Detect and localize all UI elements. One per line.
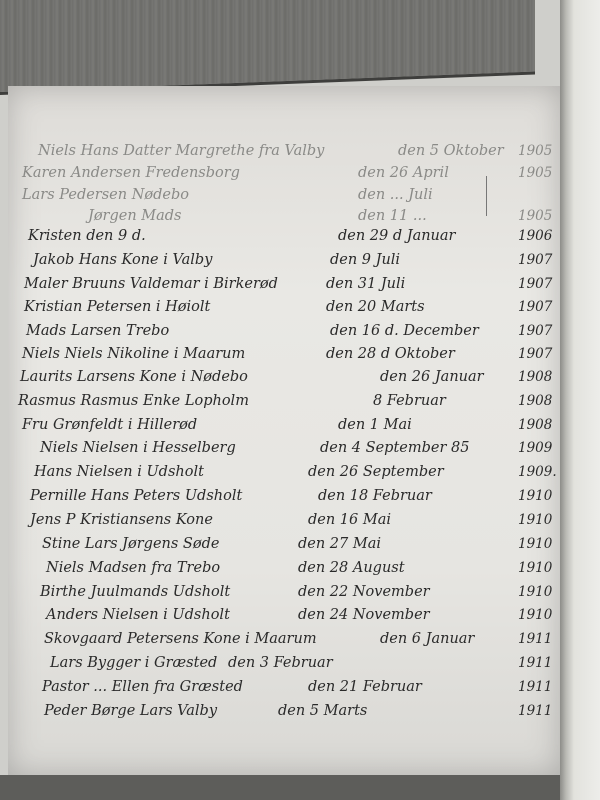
ledger-entry: Kristian Petersen i Høiolt den 20 Marts …: [8, 299, 560, 323]
entry-date: den 3 Februar: [228, 655, 333, 671]
entry-name: Stine Lars Jørgens Søde: [42, 536, 219, 552]
entry-year: 1910: [518, 560, 552, 576]
entry-year: 1907: [518, 276, 552, 292]
entry-year: 1907: [518, 252, 552, 268]
ledger-entry: Pernille Hans Peters Udsholt den 18 Febr…: [8, 488, 560, 512]
entry-name: Peder Børge Lars Valby: [44, 703, 217, 719]
entry-year: 1908: [518, 417, 552, 433]
entry-name: Niels Hans Datter Margrethe fra Valby: [38, 143, 324, 159]
entry-name: Kristian Petersen i Høiolt: [24, 299, 210, 315]
entry-date: den 26 Januar: [380, 369, 484, 385]
entry-date: den 5 Marts: [278, 703, 367, 719]
ledger-entry: Stine Lars Jørgens Søde den 27 Mai 1910: [8, 536, 560, 560]
entry-name: Laurits Larsens Kone i Nødebo: [20, 369, 248, 385]
entry-date: den 27 Mai: [298, 536, 381, 552]
photocopy-dark-top-margin: [0, 0, 535, 95]
entry-name: Lars Bygger i Græsted: [50, 655, 217, 671]
entry-name: Niels Niels Nikoline i Maarum: [22, 346, 245, 362]
entry-date: den 16 Mai: [308, 512, 391, 528]
entry-name: Skovgaard Petersens Kone i Maarum: [44, 631, 317, 647]
entry-year: 1907: [518, 299, 552, 315]
entry-name: Pastor ... Ellen fra Græsted: [42, 679, 243, 695]
ledger-entry: Hans Nielsen i Udsholt den 26 September …: [8, 464, 560, 488]
ledger-entry: Maler Bruuns Valdemar i Birkerød den 31 …: [8, 276, 560, 300]
ledger-entry: Mads Larsen Trebo den 16 d. December 190…: [8, 323, 560, 347]
entry-date: den 22 November: [298, 584, 430, 600]
entry-name: Fru Grønfeldt i Hillerød: [22, 417, 197, 433]
entry-year: 1906: [518, 228, 552, 244]
entry-name: Hans Nielsen i Udsholt: [34, 464, 204, 480]
entry-date: den 1 Mai: [338, 417, 412, 433]
entry-list: Niels Hans Datter Margrethe fra Valby de…: [8, 86, 560, 776]
entry-name: Maler Bruuns Valdemar i Birkerød: [24, 276, 278, 292]
entry-name: Niels Madsen fra Trebo: [46, 560, 220, 576]
entry-year: 1907: [518, 323, 552, 339]
entry-year: 1911: [518, 703, 552, 719]
entry-date: den 28 d Oktober: [326, 346, 455, 362]
ledger-entry: Fru Grønfeldt i Hillerød den 1 Mai 1908: [8, 417, 560, 441]
entry-name: Pernille Hans Peters Udsholt: [30, 488, 242, 504]
ledger-entry: Rasmus Rasmus Enke Lopholm 8 Februar 190…: [8, 393, 560, 417]
entry-name: Anders Nielsen i Udsholt: [46, 607, 230, 623]
ledger-entry: Jakob Hans Kone i Valby den 9 Juli 1907: [8, 252, 560, 276]
entry-year: 1908: [518, 369, 552, 385]
binding-edge: [560, 0, 600, 800]
ledger-entry: Anders Nielsen i Udsholt den 24 November…: [8, 607, 560, 631]
entry-name: Niels Nielsen i Hesselberg: [40, 440, 236, 456]
entry-date: den 24 November: [298, 607, 430, 623]
entry-date: den 26 September: [308, 464, 444, 480]
entry-year: 1905: [518, 208, 552, 224]
ledger-entry: Kristen den 9 d. den 29 d Januar 1906: [8, 228, 560, 252]
entry-year: 1910: [518, 584, 552, 600]
entry-year: 1911: [518, 679, 552, 695]
ledger-entry: Niels Hans Datter Margrethe fra Valby de…: [8, 143, 560, 167]
entry-year: 1910: [518, 512, 552, 528]
entry-year: 1905: [518, 143, 552, 159]
entry-name: Jørgen Mads: [88, 208, 182, 224]
entry-year: 1907: [518, 346, 552, 362]
entry-year: 1910: [518, 536, 552, 552]
entry-name: Lars Pedersen Nødebo: [22, 187, 189, 203]
entry-date: den 26 April: [358, 165, 449, 181]
entry-date: den 5 Oktober: [398, 143, 504, 159]
ledger-entry: Pastor ... Ellen fra Græsted den 21 Febr…: [8, 679, 560, 703]
ledger-entry: Niels Nielsen i Hesselberg den 4 Septemb…: [8, 440, 560, 464]
ledger-entry: Niels Madsen fra Trebo den 28 August 191…: [8, 560, 560, 584]
ledger-entry: Lars Bygger i Græsted den 3 Februar 1911: [8, 655, 560, 679]
entry-year: 1909.: [518, 464, 557, 480]
ledger-entry: Skovgaard Petersens Kone i Maarum den 6 …: [8, 631, 560, 655]
entry-year: 1910: [518, 607, 552, 623]
entry-date: den 29 d Januar: [338, 228, 455, 244]
ledger-entry: Birthe Juulmands Udsholt den 22 November…: [8, 584, 560, 608]
entry-year: 1905: [518, 165, 552, 181]
entry-name: Jens P Kristiansens Kone: [30, 512, 213, 528]
entry-date: den 21 Februar: [308, 679, 422, 695]
ledger-entry: Jens P Kristiansens Kone den 16 Mai 1910: [8, 512, 560, 536]
entry-date: 8 Februar: [373, 393, 446, 409]
ledger-entry: Niels Niels Nikoline i Maarum den 28 d O…: [8, 346, 560, 370]
entry-date: den 31 Juli: [326, 276, 405, 292]
entry-date: den 20 Marts: [326, 299, 425, 315]
ledger-entry: Peder Børge Lars Valby den 5 Marts 1911: [8, 703, 560, 727]
entry-date: den 11 ...: [358, 208, 427, 224]
entry-date: den 9 Juli: [330, 252, 400, 268]
entry-year: 1909: [518, 440, 552, 456]
entry-name: Rasmus Rasmus Enke Lopholm: [18, 393, 249, 409]
entry-name: Jakob Hans Kone i Valby: [33, 252, 212, 268]
ledger-entry: Laurits Larsens Kone i Nødebo den 26 Jan…: [8, 369, 560, 393]
entry-date: den 18 Februar: [318, 488, 432, 504]
entry-date: den 6 Januar: [380, 631, 474, 647]
entry-year: 1911: [518, 655, 552, 671]
entry-name: Birthe Juulmands Udsholt: [40, 584, 230, 600]
entry-date: den ... Juli: [358, 187, 433, 203]
entry-year: 1911: [518, 631, 552, 647]
ledger-entry: Karen Andersen Fredensborg den 26 April …: [8, 165, 560, 189]
entry-name: Mads Larsen Trebo: [26, 323, 169, 339]
entry-year: 1910: [518, 488, 552, 504]
entry-year: 1908: [518, 393, 552, 409]
entry-date: den 16 d. December: [330, 323, 479, 339]
entry-name: Kristen den 9 d.: [28, 228, 146, 244]
entry-date: den 28 August: [298, 560, 405, 576]
ledger-page: Niels Hans Datter Margrethe fra Valby de…: [8, 86, 560, 776]
entry-date: den 4 September 85: [320, 440, 469, 456]
photocopy-dark-bottom-margin: [0, 775, 560, 800]
entry-name: Karen Andersen Fredensborg: [22, 165, 240, 181]
